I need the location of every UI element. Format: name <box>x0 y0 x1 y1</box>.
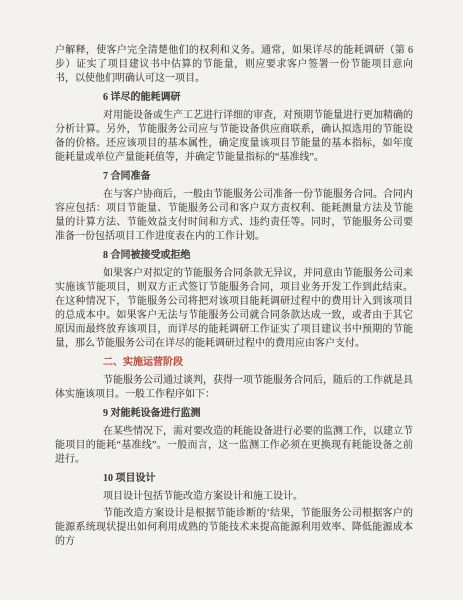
section-heading: 9 对能耗设备进行监测 <box>55 407 413 421</box>
body-paragraph: 在某些情况下，需对要改造的耗能设备进行必要的监测工作，以建立节能项目的能耗“基准… <box>55 425 413 467</box>
section-heading: 6 详尽的能耗调研 <box>55 91 413 105</box>
body-paragraph: 在与客户协商后，一般由节能服务公司准备一份节能服务合同。合同内容应包括：项目节能… <box>55 188 413 244</box>
section-heading: 7 合同准备 <box>55 170 413 184</box>
body-paragraph: 项目设计包括节能改造方案设计和施工设计。 <box>55 490 413 504</box>
document-content: 户解释，使客户完全清楚他们的权利和义务。通常，如果详尽的能耗调研（第 6 步）证… <box>55 44 413 552</box>
section-heading: 8 合同被接受或拒绝 <box>55 249 413 263</box>
body-paragraph: 对用能设备或生产工艺进行详细的审查，对预期节能量进行更加精确的分析计算。另外，节… <box>55 109 413 165</box>
document-page: 户解释，使客户完全清楚他们的权利和义务。通常，如果详尽的能耗调研（第 6 步）证… <box>0 0 463 600</box>
body-paragraph: 如果客户对拟定的节能服务合同条款无异议，并同意由节能服务公司来实施该节能项目，则… <box>55 267 413 351</box>
stage-heading: 二、实施运营阶段 <box>55 356 413 370</box>
body-paragraph: 户解释，使客户完全清楚他们的权利和义务。通常，如果详尽的能耗调研（第 6 步）证… <box>55 44 413 86</box>
section-heading: 10 项目设计 <box>55 472 413 486</box>
body-paragraph: 节能服务公司通过谈判，获得一项节能服务合同后，随后的工作就是具体实施该项目。一般… <box>55 374 413 402</box>
body-paragraph: 节能改造方案设计是根据节能诊断的’结果，节能服务公司根据客户的能源系统现状提出如… <box>55 507 413 549</box>
page-background: { "page": { "background": "#f3f2ef", "te… <box>0 0 463 600</box>
